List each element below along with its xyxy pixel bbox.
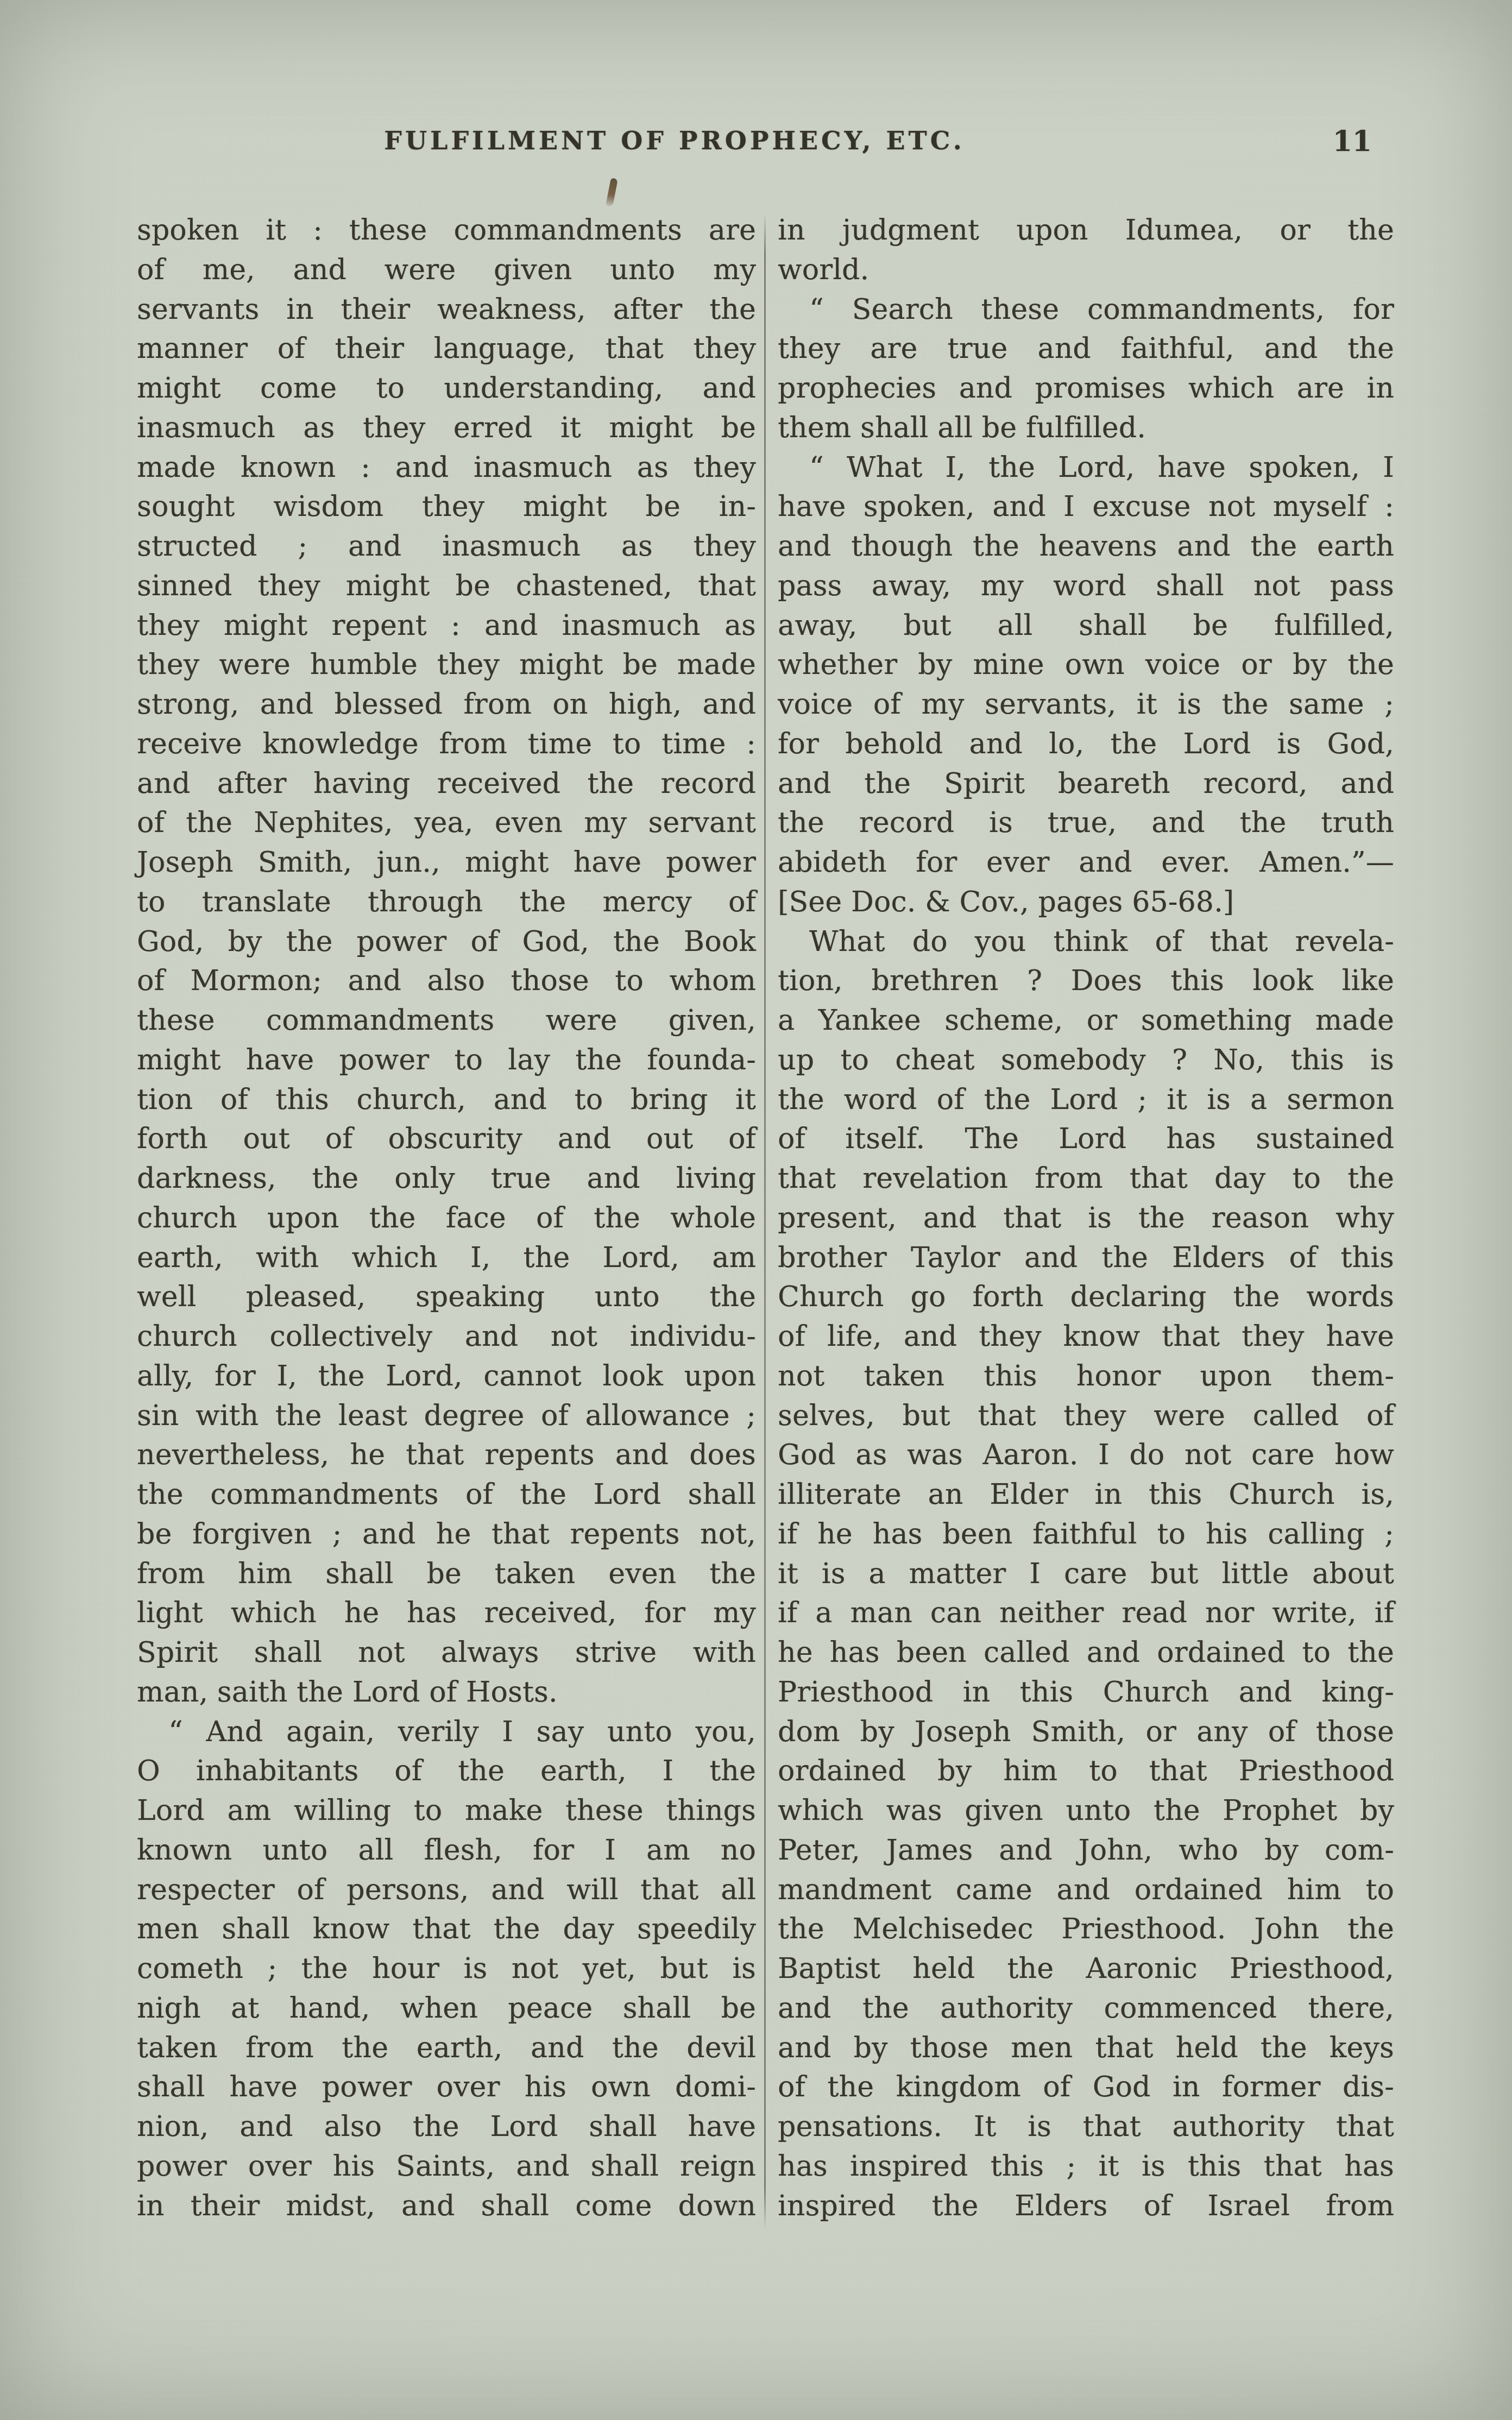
text-line: sin with the least degree of allowance ; [137, 1396, 756, 1436]
text-line: which was given unto the Prophet by [778, 1791, 1394, 1831]
text-line: from him shall be taken even the [137, 1554, 756, 1594]
text-line: taken from the earth, and the devil [137, 2028, 756, 2068]
text-line: world. [778, 250, 1394, 290]
text-line: God as was Aaron. I do not care how [778, 1435, 1394, 1475]
text-line: in judgment upon Idumea, or the [778, 211, 1394, 250]
text-line: illiterate an Elder in this Church is, [778, 1475, 1394, 1515]
running-title: FULFILMENT OF PROPHECY, ETC. [99, 126, 1250, 155]
text-line: What do you think of that revela- [778, 922, 1394, 962]
text-line: up to cheat somebody ? No, this is [778, 1041, 1394, 1080]
text-line: and the Spirit beareth record, and [778, 764, 1394, 804]
text-line: ally, for I, the Lord, cannot look upon [137, 1357, 756, 1396]
text-line: church upon the face of the whole [137, 1199, 756, 1238]
text-line: have spoken, and I excuse not myself : [778, 487, 1394, 527]
text-line: these commandments were given, [137, 1001, 756, 1041]
text-line: a Yankee scheme, or something made [778, 1001, 1394, 1041]
book-page: FULFILMENT OF PROPHECY, ETC. 11 spoken i… [0, 0, 1512, 2420]
text-line: nevertheless, he that repents and does [137, 1435, 756, 1475]
text-line: voice of my servants, it is the same ; [778, 685, 1394, 724]
text-line: ordained by him to that Priesthood [778, 1751, 1394, 1791]
text-line: the record is true, and the truth [778, 803, 1394, 843]
text-line: he has been called and ordained to the [778, 1633, 1394, 1673]
text-line: Lord am willing to make these things [137, 1791, 756, 1831]
text-line: not taken this honor upon them- [778, 1357, 1394, 1396]
text-line: nion, and also the Lord shall have [137, 2107, 756, 2147]
text-line: selves, but that they were called of [778, 1396, 1394, 1436]
text-line: Peter, James and John, who by com- [778, 1831, 1394, 1870]
text-line: they are true and faithful, and the [778, 329, 1394, 369]
text-line: tion of this church, and to bring it [137, 1080, 756, 1120]
text-line: earth, with which I, the Lord, am [137, 1238, 756, 1278]
text-line: of Mormon; and also those to whom [137, 961, 756, 1001]
text-line: Baptist held the Aaronic Priesthood, [778, 1949, 1394, 1989]
text-line: and after having received the record [137, 764, 756, 804]
text-line: might have power to lay the founda- [137, 1041, 756, 1080]
text-line: “ What I, the Lord, have spoken, I [778, 448, 1394, 488]
text-line: brother Taylor and the Elders of this [778, 1238, 1394, 1278]
text-line: man, saith the Lord of Hosts. [137, 1673, 756, 1712]
text-line: structed ; and inasmuch as they [137, 527, 756, 566]
text-line: Priesthood in this Church and king- [778, 1673, 1394, 1712]
text-line: prophecies and promises which are in [778, 369, 1394, 408]
text-line: forth out of obscurity and out of [137, 1119, 756, 1159]
text-line: it is a matter I care but little about [778, 1554, 1394, 1594]
text-line: for behold and lo, the Lord is God, [778, 724, 1394, 764]
text-line: they might repent : and inasmuch as [137, 606, 756, 646]
text-line: if he has been faithful to his calling ; [778, 1515, 1394, 1554]
text-line: pensations. It is that authority that [778, 2107, 1394, 2147]
text-line: that revelation from that day to the [778, 1159, 1394, 1199]
text-line: receive knowledge from time to time : [137, 724, 756, 764]
text-line: of the kingdom of God in former dis- [778, 2068, 1394, 2107]
right-text-column: in judgment upon Idumea, or theworld.“ S… [778, 211, 1394, 2226]
text-line: “ And again, verily I say unto you, [137, 1712, 756, 1752]
text-line: away, but all shall be fulfilled, [778, 606, 1394, 646]
text-line: the Melchisedec Priesthood. John the [778, 1909, 1394, 1949]
text-line: abideth for ever and ever. Amen.”— [778, 843, 1394, 883]
text-line: be forgiven ; and he that repents not, [137, 1515, 756, 1554]
text-line: O inhabitants of the earth, I the [137, 1751, 756, 1791]
text-line: the commandments of the Lord shall [137, 1475, 756, 1515]
text-line: respecter of persons, and will that all [137, 1870, 756, 1910]
ink-smudge-mark [606, 178, 618, 207]
text-line: of the Nephites, yea, even my servant [137, 803, 756, 843]
left-text-column: spoken it : these commandments areof me,… [137, 211, 756, 2226]
text-line: dom by Joseph Smith, or any of those [778, 1712, 1394, 1752]
text-line: sinned they might be chastened, that [137, 566, 756, 606]
text-line: present, and that is the reason why [778, 1199, 1394, 1238]
text-line: has inspired this ; it is this that has [778, 2147, 1394, 2186]
text-line: and the authority commenced there, [778, 1989, 1394, 2028]
text-line: made known : and inasmuch as they [137, 448, 756, 488]
text-line: if a man can neither read nor write, if [778, 1593, 1394, 1633]
text-line: nigh at hand, when peace shall be [137, 1989, 756, 2028]
text-line: strong, and blessed from on high, and [137, 685, 756, 724]
text-line: inasmuch as they erred it might be [137, 408, 756, 448]
text-line: spoken it : these commandments are [137, 211, 756, 250]
text-line: well pleased, speaking unto the [137, 1277, 756, 1317]
text-line: and though the heavens and the earth [778, 527, 1394, 566]
text-line: and by those men that held the keys [778, 2028, 1394, 2068]
text-line: of itself. The Lord has sustained [778, 1119, 1394, 1159]
text-line: men shall know that the day speedily [137, 1909, 756, 1949]
text-line: of life, and they know that they have [778, 1317, 1394, 1357]
text-line: God, by the power of God, the Book [137, 922, 756, 962]
text-line: “ Search these commandments, for [778, 290, 1394, 330]
text-line: cometh ; the hour is not yet, but is [137, 1949, 756, 1989]
text-line: Church go forth declaring the words [778, 1277, 1394, 1317]
text-line: Spirit shall not always strive with [137, 1633, 756, 1673]
text-line: known unto all flesh, for I am no [137, 1831, 756, 1870]
text-line: whether by mine own voice or by the [778, 645, 1394, 685]
text-line: pass away, my word shall not pass [778, 566, 1394, 606]
text-line: shall have power over his own domi- [137, 2068, 756, 2107]
text-line: to translate through the mercy of [137, 883, 756, 922]
text-line: church collectively and not individu- [137, 1317, 756, 1357]
text-line: sought wisdom they might be in- [137, 487, 756, 527]
text-line: power over his Saints, and shall reign [137, 2147, 756, 2186]
text-line: of me, and were given unto my [137, 250, 756, 290]
text-line: light which he has received, for my [137, 1593, 756, 1633]
text-line: in their midst, and shall come down [137, 2186, 756, 2226]
text-line: darkness, the only true and living [137, 1159, 756, 1199]
text-line: servants in their weakness, after the [137, 290, 756, 330]
text-line: the word of the Lord ; it is a sermon [778, 1080, 1394, 1120]
text-line: [See Doc. & Cov., pages 65-68.] [778, 883, 1394, 922]
text-line: they were humble they might be made [137, 645, 756, 685]
page-number: 11 [1333, 125, 1372, 158]
text-line: inspired the Elders of Israel from [778, 2186, 1394, 2226]
column-divider-rule [764, 213, 766, 2229]
text-line: them shall all be fulfilled. [778, 408, 1394, 448]
text-line: mandment came and ordained him to [778, 1870, 1394, 1910]
text-line: might come to understanding, and [137, 369, 756, 408]
text-line: tion, brethren ? Does this look like [778, 961, 1394, 1001]
text-line: Joseph Smith, jun., might have power [137, 843, 756, 883]
text-line: manner of their language, that they [137, 329, 756, 369]
